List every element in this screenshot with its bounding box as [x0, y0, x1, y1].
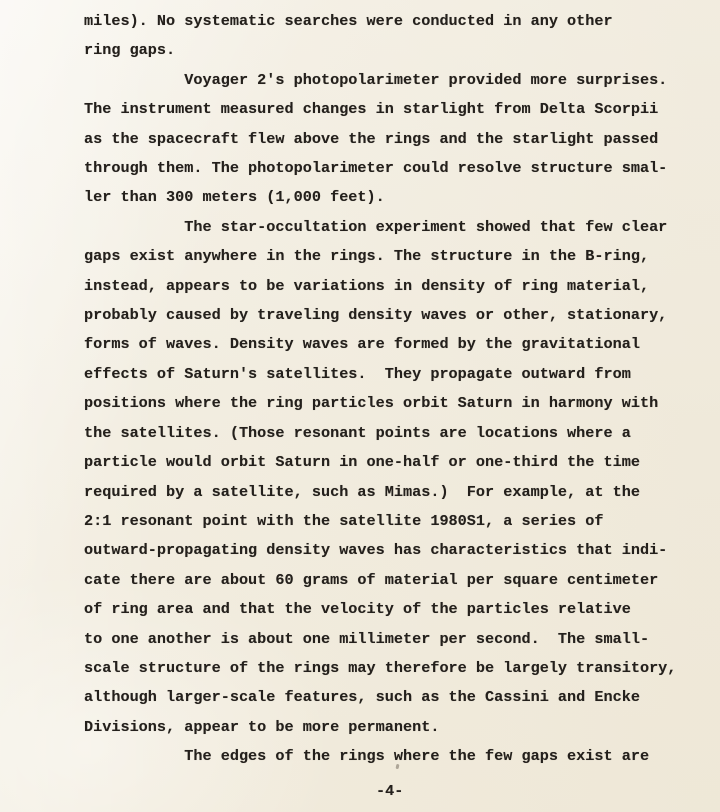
text-line: effects of Saturn's satellites. They pro… [84, 360, 700, 389]
text-line: required by a satellite, such as Mimas.)… [84, 478, 700, 507]
text-line: gaps exist anywhere in the rings. The st… [84, 242, 700, 271]
text-line: positions where the ring particles orbit… [84, 389, 700, 418]
document-body: miles). No systematic searches were cond… [84, 7, 700, 772]
text-line: through them. The photopolarimeter could… [84, 154, 700, 183]
text-line: The edges of the rings where the few gap… [84, 742, 700, 771]
text-line: probably caused by traveling density wav… [84, 301, 700, 330]
text-line: The star-occultation experiment showed t… [84, 213, 700, 242]
text-line: particle would orbit Saturn in one-half … [84, 448, 700, 477]
text-line: Divisions, appear to be more permanent. [84, 713, 700, 742]
text-line: ler than 300 meters (1,000 feet). [84, 183, 700, 212]
text-line: ring gaps. [84, 36, 700, 65]
text-line: The instrument measured changes in starl… [84, 95, 700, 124]
text-line: 2:1 resonant point with the satellite 19… [84, 507, 700, 536]
page-number: -4- [376, 777, 403, 806]
text-line: the satellites. (Those resonant points a… [84, 419, 700, 448]
text-line: outward-propagating density waves has ch… [84, 536, 700, 565]
text-line: although larger-scale features, such as … [84, 683, 700, 712]
text-line: as the spacecraft flew above the rings a… [84, 125, 700, 154]
text-line: forms of waves. Density waves are formed… [84, 330, 700, 359]
text-line: miles). No systematic searches were cond… [84, 7, 700, 36]
document-page: miles). No systematic searches were cond… [0, 0, 720, 812]
text-line: scale structure of the rings may therefo… [84, 654, 700, 683]
text-line: cate there are about 60 grams of materia… [84, 566, 700, 595]
text-line: of ring area and that the velocity of th… [84, 595, 700, 624]
text-line: instead, appears to be variations in den… [84, 272, 700, 301]
text-line: Voyager 2's photopolarimeter provided mo… [84, 66, 700, 95]
text-line: to one another is about one millimeter p… [84, 625, 700, 654]
